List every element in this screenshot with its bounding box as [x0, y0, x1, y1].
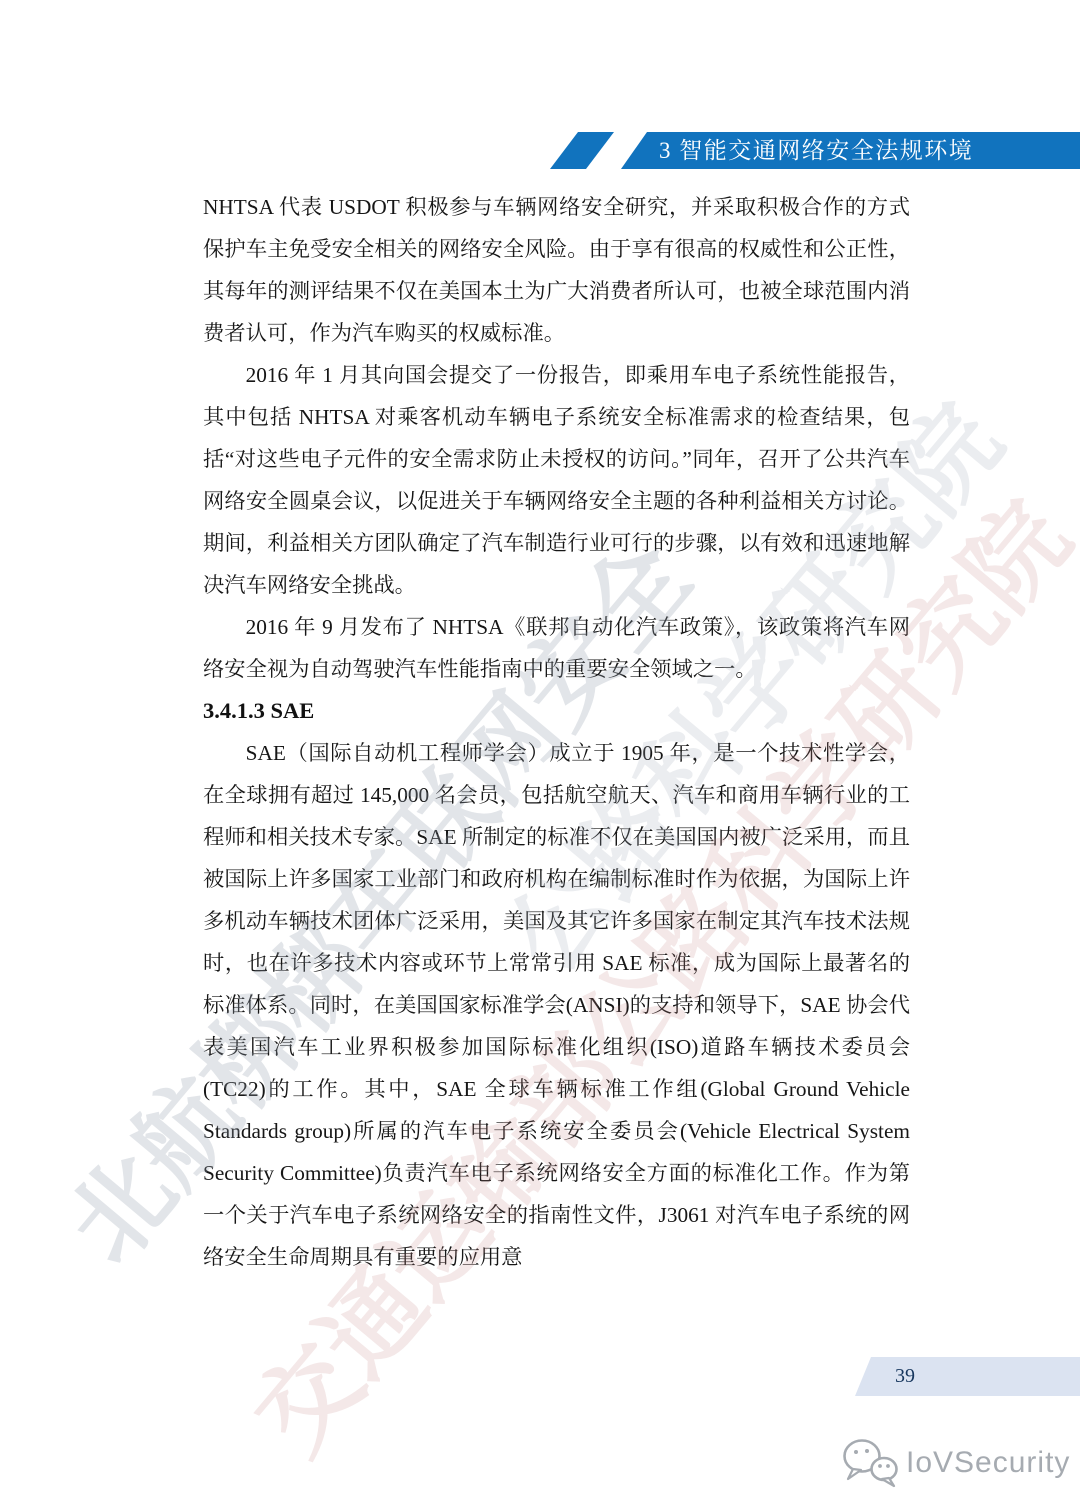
section-heading: 3.4.1.3 SAE	[203, 690, 910, 732]
body-paragraph: 2016 年 1 月其向国会提交了一份报告，即乘用车电子系统性能报告，其中包括 …	[203, 354, 910, 606]
header-wedge-decoration	[550, 132, 614, 169]
body-paragraph: NHTSA 代表 USDOT 积极参与车辆网络安全研究，并采取积极合作的方式保护…	[203, 186, 910, 354]
document-page: 北航梆梆车联网安全 交通运输部公路科学研究院 公路科学研究院 3 智能交通网络安…	[0, 0, 1080, 1510]
chapter-title: 3 智能交通网络安全法规环境	[621, 132, 1080, 169]
header-bar: 3 智能交通网络安全法规环境	[621, 132, 1080, 169]
brand-name: IoVSecurity	[906, 1446, 1070, 1480]
page-number: 39	[855, 1357, 1080, 1396]
chapter-header-banner: 3 智能交通网络安全法规环境	[0, 132, 1080, 169]
page-number-box: 39	[855, 1357, 1080, 1396]
footer-brand: IoVSecurity	[840, 1433, 1070, 1493]
body-paragraph: SAE（国际自动机工程师学会）成立于 1905 年，是一个技术性学会，在全球拥有…	[203, 732, 910, 1278]
wechat-bubbles-icon	[840, 1436, 902, 1490]
document-body: NHTSA 代表 USDOT 积极参与车辆网络安全研究，并采取积极合作的方式保护…	[203, 186, 910, 1278]
body-paragraph: 2016 年 9 月发布了 NHTSA《联邦自动化汽车政策》，该政策将汽车网络安…	[203, 606, 910, 690]
